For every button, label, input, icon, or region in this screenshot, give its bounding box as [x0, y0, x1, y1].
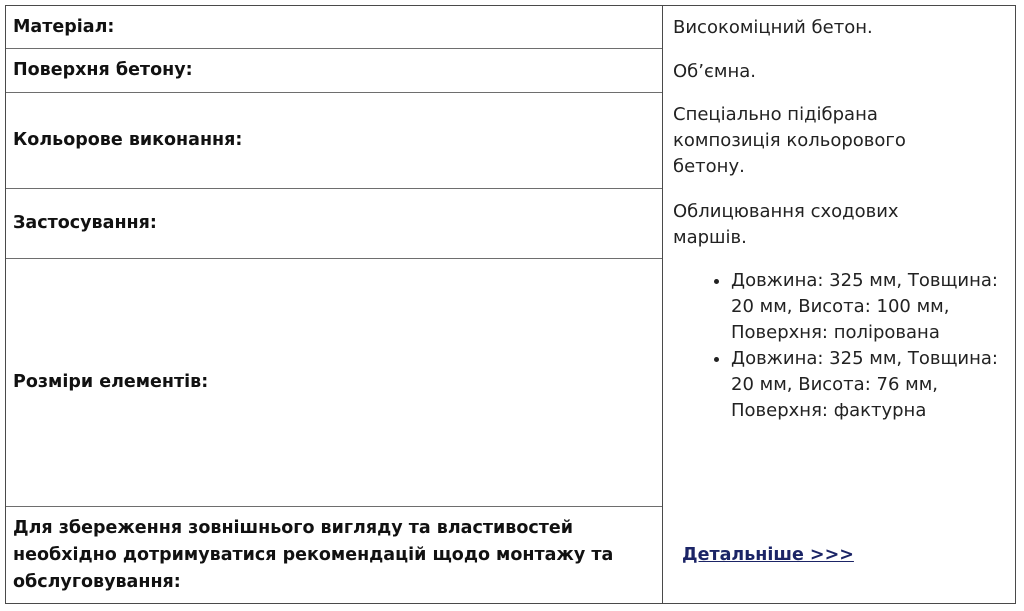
value-color-design: Спеціально підібрана композиція кольоров…: [673, 102, 955, 180]
dimensions-list-item: Довжина: 325 мм, Товщина: 20 мм, Висота:…: [731, 268, 1011, 346]
label-color-design: Кольорове виконання:: [6, 93, 662, 189]
label-element-dimensions: Розміри елементів:: [6, 259, 662, 507]
value-concrete-surface-text: Об’ємна.: [673, 59, 1005, 85]
label-column: Матеріал: Поверхня бетону: Кольорове вик…: [6, 6, 663, 603]
value-element-dimensions: Довжина: 325 мм, Товщина: 20 мм, Висота:…: [673, 268, 1011, 424]
value-application-text: Облицювання сходових маршів.: [673, 199, 955, 251]
dimensions-list-item: Довжина: 325 мм, Товщина: 20 мм, Висота:…: [731, 346, 1011, 424]
dimensions-list: Довжина: 325 мм, Товщина: 20 мм, Висота:…: [673, 268, 1011, 424]
details-link[interactable]: Детальніше >>>: [682, 545, 854, 565]
product-spec-table: Матеріал: Поверхня бетону: Кольорове вик…: [5, 5, 1016, 604]
value-material: Високоміцний бетон.: [673, 15, 1005, 41]
label-application: Застосування:: [6, 189, 662, 259]
value-color-design-text: Спеціально підібрана композиція кольоров…: [673, 102, 955, 180]
label-maintenance-note: Для збереження зовнішнього вигляду та вл…: [6, 507, 662, 604]
label-concrete-surface: Поверхня бетону:: [6, 49, 662, 93]
value-column: Високоміцний бетон. Об’ємна. Спеціально …: [663, 6, 1015, 603]
value-concrete-surface: Об’ємна.: [673, 59, 1005, 85]
value-maintenance: Детальніше >>>: [682, 542, 1005, 568]
value-application: Облицювання сходових маршів.: [673, 199, 955, 251]
label-material: Матеріал:: [6, 6, 662, 49]
value-material-text: Високоміцний бетон.: [673, 15, 1005, 41]
